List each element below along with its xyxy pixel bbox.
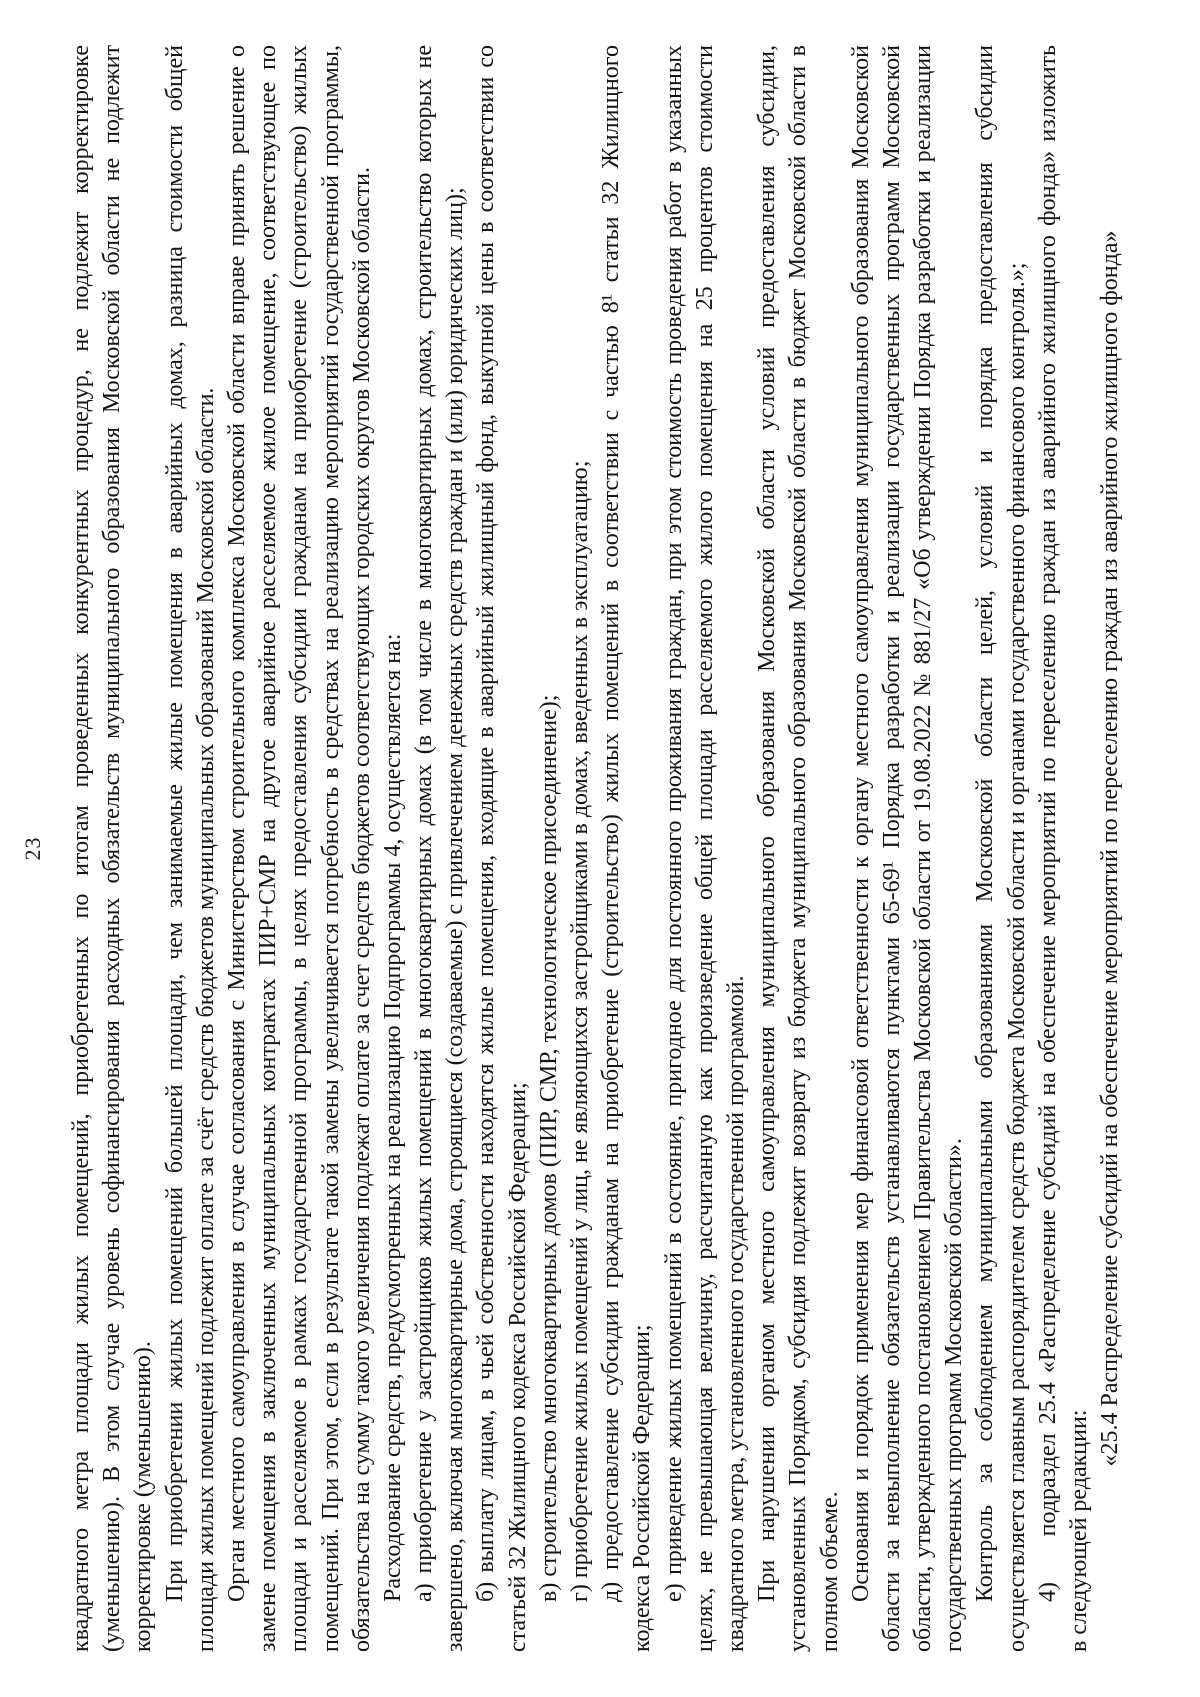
text-line: д) предоставление субсидии гражданам на … [596,45,627,1652]
text-line: Расходование средств, предусмотренных на… [378,45,409,1652]
text-line: целях, не превышающая величину, рассчита… [690,45,721,1652]
scanned-document-screenshot: 23 квадратного метра площади жилых помещ… [0,0,1200,1697]
text-line: статьей 32 Жилищного кодекса Российской … [503,45,534,1652]
text-line: квадратного метра, установленного госуда… [721,45,752,1652]
text-line: б) выплату лицам, в чьей собственности н… [471,45,502,1652]
page-number: 23 [20,0,46,1697]
text-line: (уменьшению). В этом случае уровень софи… [97,45,128,1652]
text-line: «25.4 Распределение субсидий на обеспече… [1095,45,1126,1652]
text-line: площади и расселяемое в рамках государст… [284,45,315,1652]
text-line: кодекса Российской Федерации; [627,45,658,1652]
text-line: г) приобретение жилых помещений у лиц, н… [565,45,596,1652]
text-line: При приобретении жилых помещений большей… [160,45,191,1652]
text-line: квадратного метра площади жилых помещени… [66,45,97,1652]
text-line: полном объеме. [815,45,846,1652]
text-line: завершено, включая многоквартирные дома,… [440,45,471,1652]
text-line: 4) подраздел 25.4 «Распределение субсиди… [1033,45,1064,1652]
text-line: При нарушении органом местного самоуправ… [752,45,783,1652]
text-line: государственных программ Московской обла… [939,45,970,1652]
text-line: Контроль за соблюдением муниципальными о… [970,45,1001,1652]
text-line: помещений. При этом, если в результате т… [316,45,347,1652]
text-line: корректировке (уменьшению). [128,45,159,1652]
text-line: Орган местного самоуправления в случае с… [222,45,253,1652]
text-line: обязательства на сумму такого увеличения… [347,45,378,1652]
text-line: в следующей редакции: [1064,45,1095,1652]
text-line: Основания и порядок применения мер финан… [846,45,877,1652]
text-line: е) приведение жилых помещений в состояни… [659,45,690,1652]
text-line: в) строительство многоквартирных домов (… [534,45,565,1652]
text-line: площади жилых помещений подлежит оплате … [191,45,222,1652]
text-line: осуществляется главным распорядителем ср… [1002,45,1033,1652]
text-line: установленных Порядком, субсидия подлежи… [783,45,814,1652]
text-line: замене помещения в заключенных муниципал… [253,45,284,1652]
text-line: области, утвержденного постановлением Пр… [908,45,939,1652]
document-text-block: квадратного метра площади жилых помещени… [66,45,1126,1652]
text-line: области за невыполнение обязательств уст… [877,45,908,1652]
text-line: а) приобретение у застройщиков жилых пом… [409,45,440,1652]
document-page: 23 квадратного метра площади жилых помещ… [0,0,1200,1697]
